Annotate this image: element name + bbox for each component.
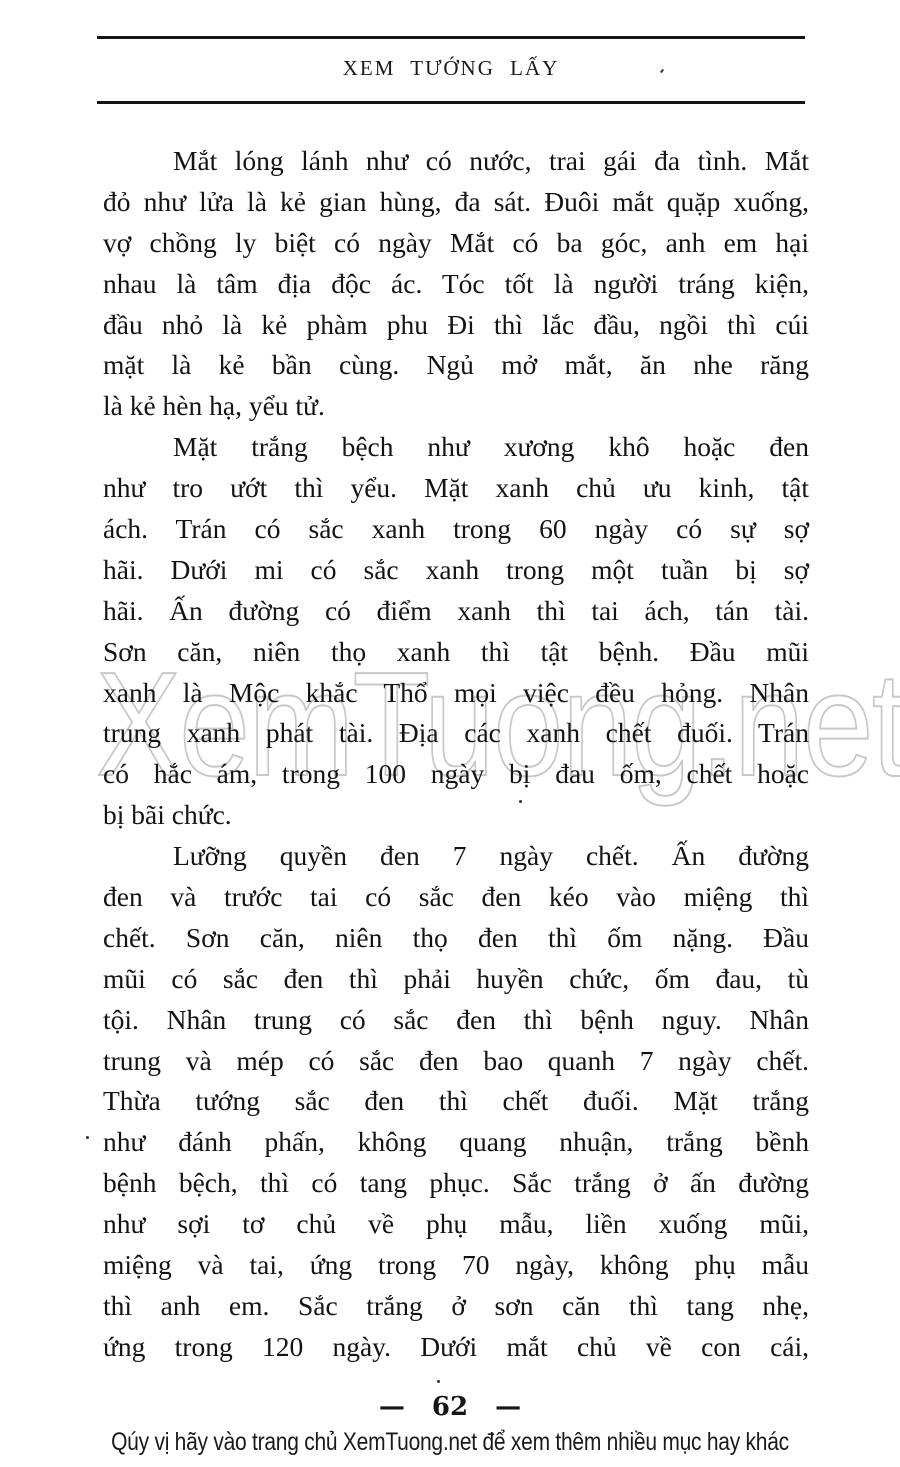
text-line: mặt là kẻ bần cùng. Ngủ mở mắt, ăn nhe r… (103, 345, 809, 386)
text-line: Lưỡng quyền đen 7 ngày chết. Ấn đường (103, 836, 809, 877)
text-line: Sơn căn, niên thọ xanh thì tật bệnh. Đầu… (103, 632, 809, 673)
text-line: hãi. Ấn đường có điểm xanh thì tai ách, … (103, 591, 809, 632)
text-line: trung xanh phát tài. Địa các xanh chết đ… (103, 713, 809, 754)
text-line: ách. Trán có sắc xanh trong 60 ngày có s… (103, 509, 809, 550)
text-line: vợ chồng ly biệt có ngày Mắt có ba góc, … (103, 223, 809, 264)
page-body: Mắt lóng lánh như có nước, trai gái đa t… (103, 141, 809, 1368)
text-line: là kẻ hèn hạ, yểu tử. (103, 386, 809, 427)
text-line: nhau là tâm địa độc ác. Tóc tốt là người… (103, 264, 809, 305)
text-line: thì anh em. Sắc trắng ở sơn căn thì tang… (103, 1286, 809, 1327)
text-line: ứng trong 120 ngày. Dưới mắt chủ về con … (103, 1327, 809, 1368)
text-line: đầu nhỏ là kẻ phàm phu Đi thì lắc đầu, n… (103, 305, 809, 346)
text-line: xanh là Mộc khắc Thổ mọi việc đều hỏng. … (103, 673, 809, 714)
text-line: như tro ướt thì yểu. Mặt xanh chủ ưu kin… (103, 468, 809, 509)
text-line: đỏ như lửa là kẻ gian hùng, đa sát. Đuôi… (103, 182, 809, 223)
text-line: đen và trước tai có sắc đen kéo vào miện… (103, 877, 809, 918)
header-top-rule (97, 36, 805, 39)
text-line: miệng và tai, ứng trong 70 ngày, không p… (103, 1245, 809, 1286)
print-speck (86, 1136, 89, 1139)
header-bottom-rule (97, 101, 805, 104)
running-title: XEM TƯỚNG LẤY (97, 56, 805, 81)
text-line: Mặt trắng bệch như xương khô hoặc đen (103, 427, 809, 468)
page-number: — 62 — (0, 1392, 900, 1422)
text-line: như sợi tơ chủ về phụ mẫu, liền xuống mũ… (103, 1204, 809, 1245)
text-line: chết. Sơn căn, niên thọ đen thì ốm nặng.… (103, 918, 809, 959)
text-line: Thừa tướng sắc đen thì chết đuối. Mặt tr… (103, 1081, 809, 1122)
text-line: Mắt lóng lánh như có nước, trai gái đa t… (103, 141, 809, 182)
text-line: bệnh bệch, thì có tang phục. Sắc trắng ở… (103, 1163, 809, 1204)
text-line: hãi. Dưới mi có sắc xanh trong một tuần … (103, 550, 809, 591)
text-line: trung và mép có sắc đen bao quanh 7 ngày… (103, 1041, 809, 1082)
text-line: như đánh phấn, không quang nhuận, trắng … (103, 1122, 809, 1163)
site-footer-note: Qúy vị hãy vào trang chủ XemTuong.net để… (72, 1428, 828, 1457)
print-speck (437, 1380, 440, 1383)
text-line: mũi có sắc đen thì phải huyền chức, ốm đ… (103, 959, 809, 1000)
text-line: bị bãi chức. (103, 795, 809, 836)
text-line: tội. Nhân trung có sắc đen thì bệnh nguy… (103, 1000, 809, 1041)
text-line: có hắc ám, trong 100 ngày bị đau ốm, chế… (103, 754, 809, 795)
